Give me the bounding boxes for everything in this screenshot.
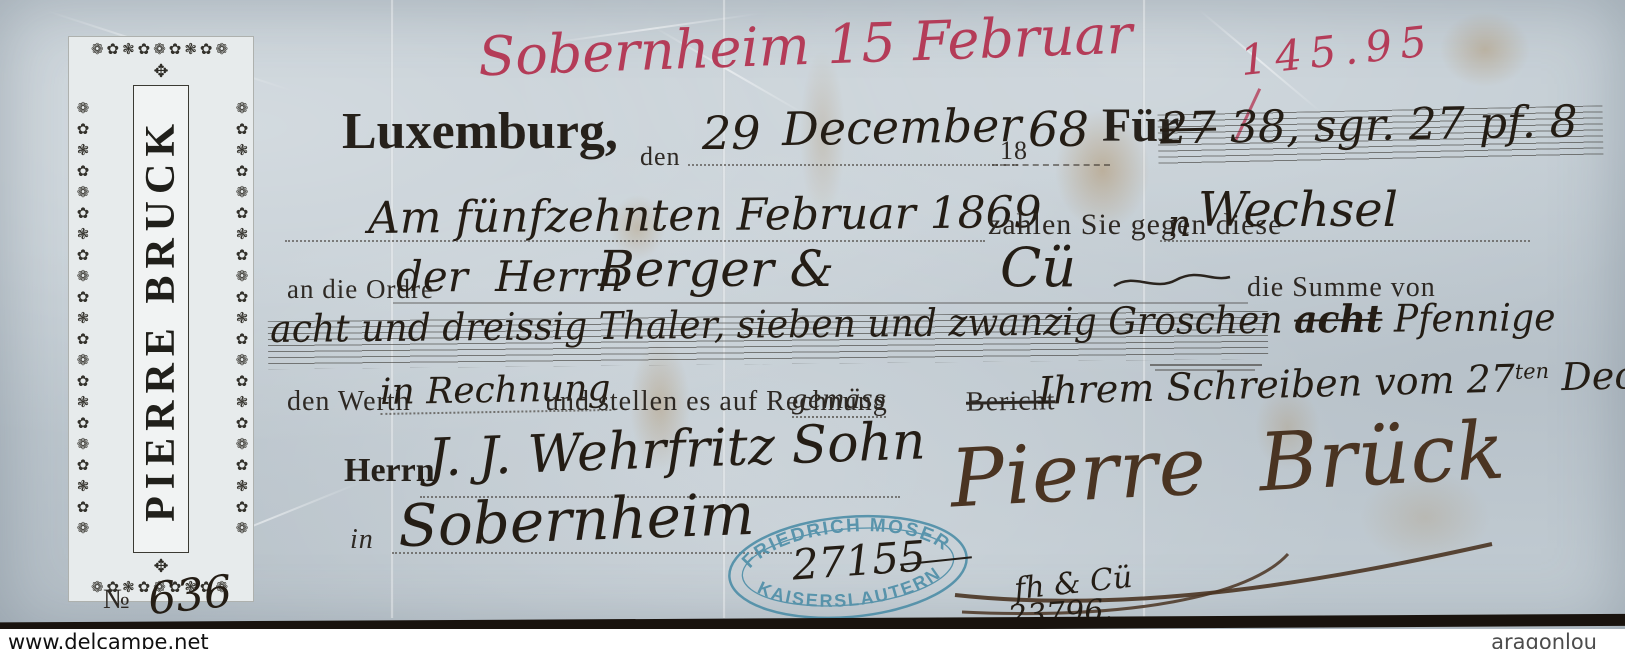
schreiben-part1: Ihrem Schreiben vom 27 [1038,356,1516,412]
frame-middle: ❁✿❃✿❁✿❃✿❁✿❃✿❁✿❃✿❁✿❃✿❁ ✥ PIERRE BRUCK ✥ ❁… [73,59,249,579]
rule-line [688,164,1018,166]
number-sign: № [103,584,131,616]
red-handwritten-note: Sobernheim 15 Februar [477,3,1133,89]
year-suffix: 68 [1028,102,1089,158]
addressee-script: J. J. Wehrfritz Sohn [427,411,926,488]
wechsel-script: Wechsel [1198,182,1398,238]
schreiben-part2: December 1868 [1549,347,1625,399]
document-number-script: 636 [146,566,235,625]
maturity-date-script: Am fünfzehnten Februar 1869 [368,187,1042,244]
rosette-border-top-icon: ❁✿❃✿❁✿❃✿❁ [73,41,249,59]
date-day: 29 [702,106,761,160]
sum-part2: Pfennige [1382,295,1555,341]
city-label: Luxemburg, [342,102,618,161]
scanned-bill-of-exchange: ❁✿❃✿❁✿❃✿❁ ❁✿❃✿❁✿❃✿❁✿❃✿❁✿❃✿❁✿❃✿❁ ✥ PIERRE… [0,0,1625,649]
order-script-2: Berger & [598,240,834,298]
amount-struck: 27 [1160,103,1217,155]
sum-struck: acht [1294,296,1383,342]
frame-center: ✥ PIERRE BRUCK ✥ [90,59,232,579]
ornament-motif-icon: ✥ [153,61,168,82]
amount-script: 27 38, sgr. 27 pf. 8 [1160,96,1579,154]
herrn-label: Herrn [344,452,435,490]
seller-watermark: aragonlou [1491,630,1597,649]
sum-part1: acht und dreissig Thaler, sieben und zwa… [270,298,1294,351]
vendor-name-panel: PIERRE BRUCK [133,85,189,553]
rosette-border-right-icon: ❁✿❃✿❁✿❃✿❁✿❃✿❁✿❃✿❁✿❃✿❁ [232,59,249,579]
rosette-border-left-icon: ❁✿❃✿❁✿❃✿❁✿❃✿❁✿❃✿❁✿❃✿❁ [73,59,90,579]
amount-value: 38, sgr. 27 pf. 8 [1230,96,1579,153]
schreiben-sup: ten [1515,359,1550,384]
paper-sheet: ❁✿❃✿❁✿❃✿❁ ❁✿❃✿❁✿❃✿❁✿❃✿❁✿❃✿❁✿❃✿❁ ✥ PIERRE… [0,0,1625,632]
red-handwritten-figure: 145.95 [1238,16,1437,85]
order-script-1: der Herrn [396,252,624,301]
pay-clause-suffix: n [1168,204,1191,245]
vendor-name: PIERRE BRUCK [137,117,185,522]
rule-line [992,164,1110,166]
den-label: den [640,142,681,172]
rule-line [1160,240,1530,242]
ornamental-frame: ❁✿❃✿❁✿❃✿❁ ❁✿❃✿❁✿❃✿❁✿❃✿❁✿❃✿❁✿❃✿❁ ✥ PIERRE… [68,36,254,602]
stain-mark [1440,12,1530,87]
year-prefix: 18 [1000,136,1028,166]
in-label: in [350,524,374,556]
hosting-site-watermark: www.delcampe.net [8,630,209,649]
pen-flourish [1112,270,1232,294]
scan-footer: www.delcampe.net aragonlou [0,629,1625,649]
date-month: December [782,98,1022,156]
order-script-3: Cü [1000,236,1076,299]
